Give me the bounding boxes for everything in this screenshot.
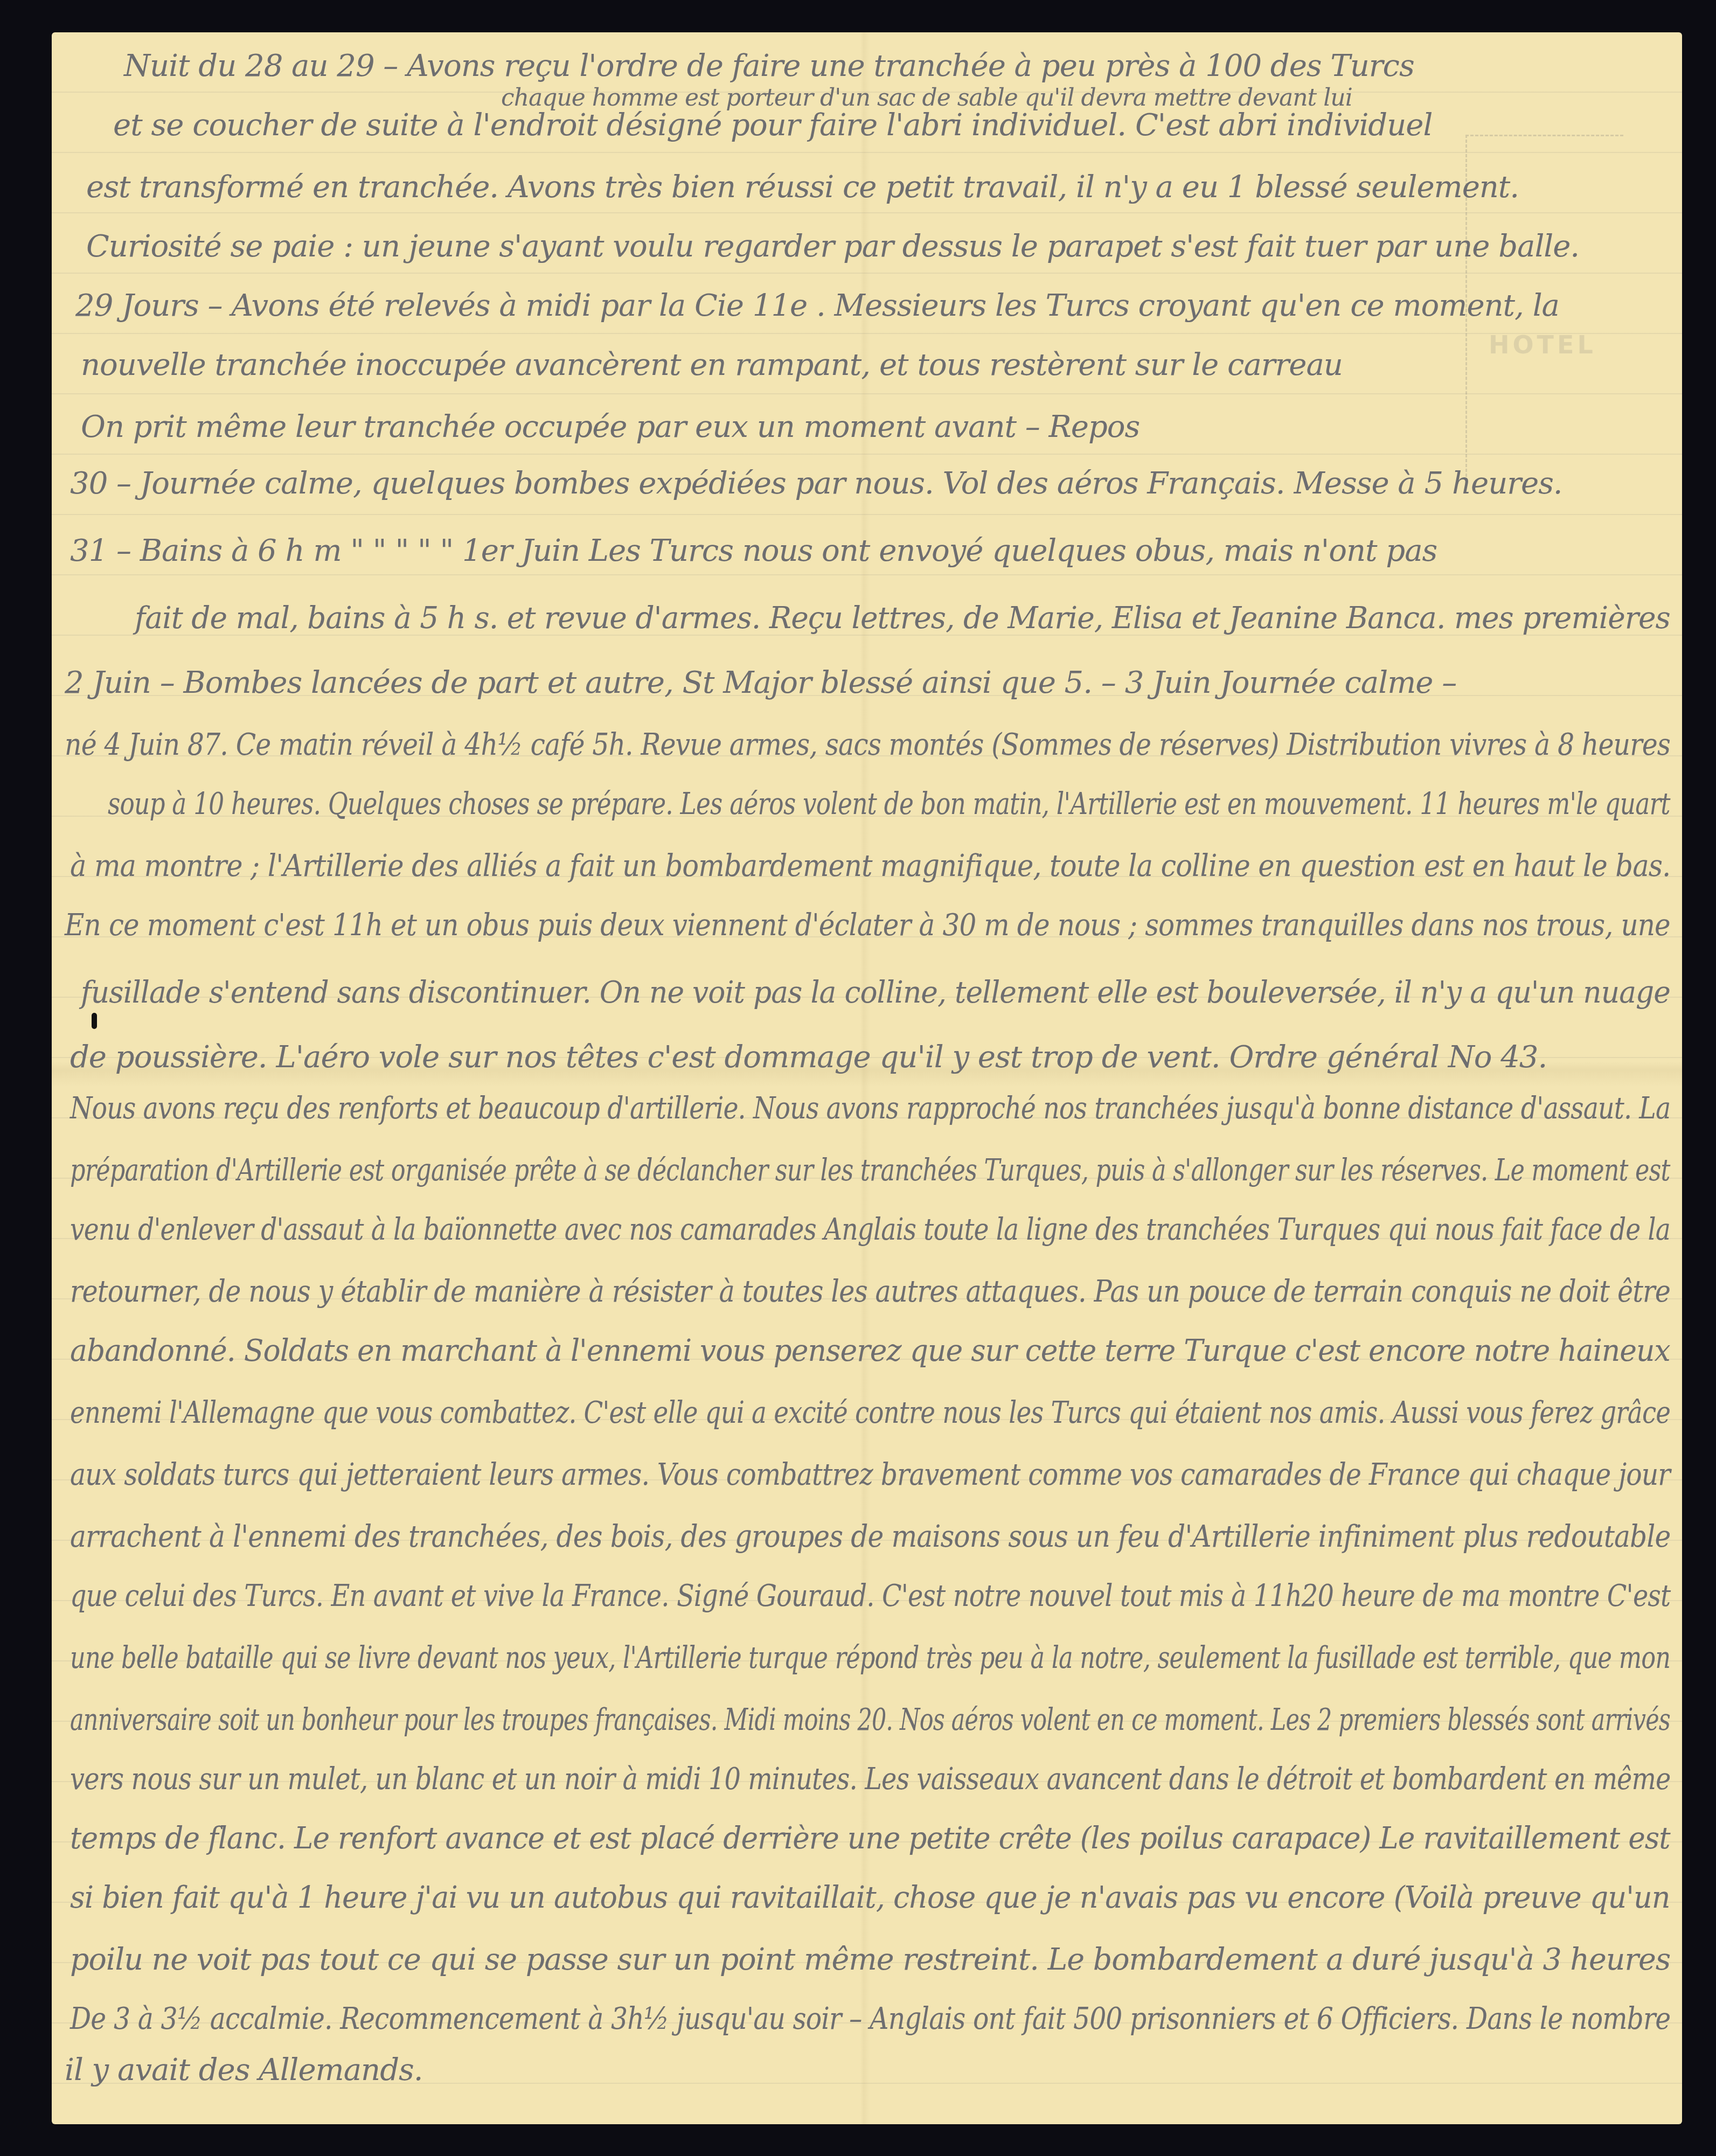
diary-line: est transformé en tranchée. Avons très b… [86, 172, 1519, 203]
letter-paper [52, 32, 1682, 2124]
diary-line: et se coucher de suite à l'endroit désig… [113, 110, 1432, 141]
diary-line: Curiosité se paie : un jeune s'ayant vou… [86, 232, 1579, 262]
diary-line: fait de mal, bains à 5 h s. et revue d'a… [135, 603, 1670, 634]
diary-line: En ce moment c'est 11h et un obus puis d… [65, 910, 1670, 941]
diary-line: De 3 à 3½ accalmie. Recommencement à 3h½… [70, 2004, 1670, 2034]
diary-line: 31 – Bains à 6 h m " " " " " 1er Juin Le… [70, 536, 1437, 566]
diary-line: On prit même leur tranchée occupée par e… [81, 412, 1140, 442]
diary-line: arrachent à l'ennemi des tranchées, des … [70, 1522, 1670, 1552]
diary-line: fusillade s'entend sans discontinuer. On… [81, 978, 1670, 1008]
diary-line: si bien fait qu'à 1 heure j'ai vu un aut… [70, 1883, 1670, 1913]
diary-line: 29 Jours – Avons été relevés à midi par … [75, 291, 1559, 321]
diary-line: poilu ne voit pas tout ce qui se passe s… [70, 1945, 1670, 1975]
stamp-text: HOTEL [1489, 330, 1596, 359]
diary-line: soup à 10 heures. Quelques choses se pré… [108, 789, 1670, 819]
diary-line: abandonné. Soldats en marchant à l'ennem… [70, 1336, 1670, 1366]
diary-line: une belle bataille qui se livre devant n… [70, 1643, 1670, 1673]
diary-line: il y avait des Allemands. [65, 2055, 423, 2085]
diary-line: retourner, de nous y établir de manière … [70, 1277, 1670, 1307]
diary-line: né 4 Juin 87. Ce matin réveil à 4h½ café… [65, 730, 1670, 760]
diary-line: 2 Juin – Bombes lancées de part et autre… [65, 668, 1456, 698]
diary-line: vers nous sur un mulet, un blanc et un n… [70, 1764, 1670, 1795]
ink-blot [92, 1013, 97, 1029]
diary-line: temps de flanc. Le renfort avance et est… [70, 1824, 1670, 1854]
diary-line: à ma montre ; l'Artillerie des alliés a … [70, 851, 1670, 881]
diary-line-insert: chaque homme est porteur d'un sac de sab… [501, 86, 1352, 110]
diary-line: de poussière. L'aéro vole sur nos têtes … [70, 1042, 1547, 1073]
diary-line: que celui des Turcs. En avant et vive la… [70, 1581, 1670, 1611]
diary-line: 30 – Journée calme, quelques bombes expé… [70, 469, 1562, 499]
diary-line: anniversaire soit un bonheur pour les tr… [70, 1705, 1670, 1735]
diary-line: nouvelle tranchée inoccupée avancèrent e… [81, 350, 1343, 380]
diary-line: Nous avons reçu des renforts et beaucoup… [70, 1094, 1670, 1124]
diary-line: préparation d'Artillerie est organisée p… [70, 1156, 1670, 1186]
diary-line: Nuit du 28 au 29 – Avons reçu l'ordre de… [124, 51, 1414, 81]
diary-line: ennemi l'Allemagne que vous combattez. C… [70, 1398, 1670, 1428]
diary-line: venu d'enlever d'assaut à la baïonnette … [70, 1215, 1670, 1245]
diary-line: aux soldats turcs qui jetteraient leurs … [70, 1460, 1670, 1490]
